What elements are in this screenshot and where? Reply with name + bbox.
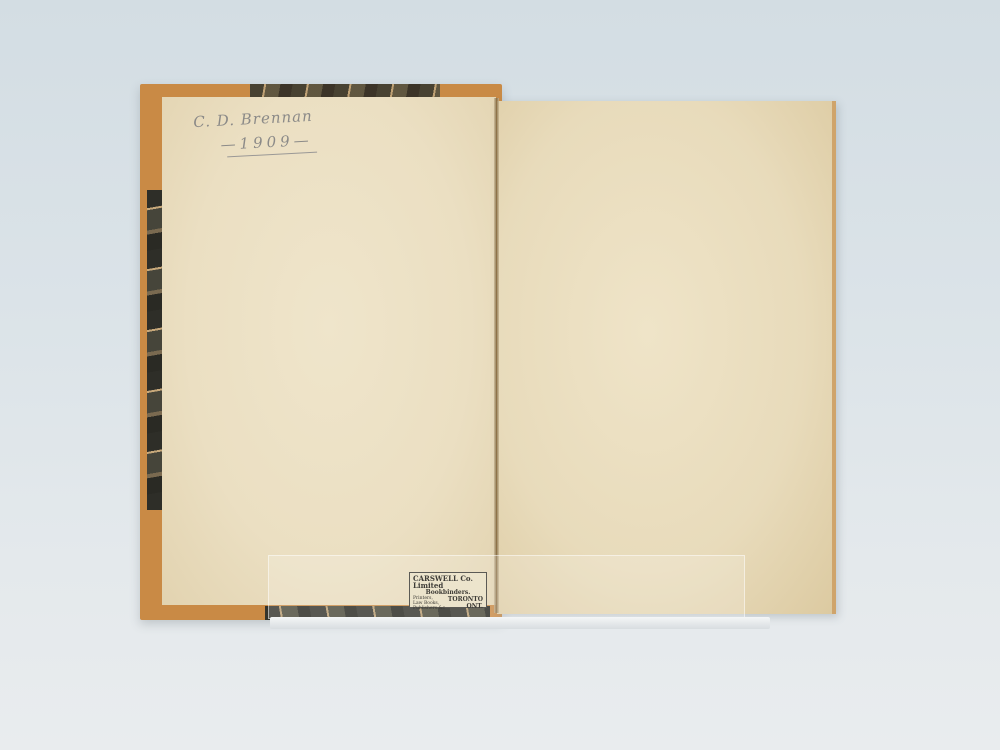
binder-firm: CARSWELL Co. Limited: [413, 575, 483, 589]
binder-service: Publishers &c: [413, 606, 445, 611]
binder-province: ONT.: [448, 603, 483, 610]
marbled-edge-top: [250, 84, 440, 98]
binder-services: Printers, Law Books, Publishers &c: [413, 596, 445, 611]
inscription-year: —1909—: [220, 131, 317, 154]
binder-city: TORONTO: [448, 596, 483, 603]
acrylic-stand-ledge: [270, 617, 770, 629]
binder-location: TORONTO ONT.: [448, 596, 483, 611]
book-photo: C. D. Brennan —1909— CARSWELL Co. Limite…: [0, 0, 1000, 750]
binder-label: CARSWELL Co. Limited Bookbinders. Printe…: [409, 572, 487, 608]
right-flyleaf: [497, 101, 836, 614]
left-endpaper: [162, 97, 496, 605]
handwritten-inscription: C. D. Brennan —1909—: [189, 107, 317, 160]
book-gutter: [494, 98, 499, 613]
binder-trade: Bookbinders.: [413, 589, 483, 596]
acrylic-stand: [268, 555, 745, 619]
